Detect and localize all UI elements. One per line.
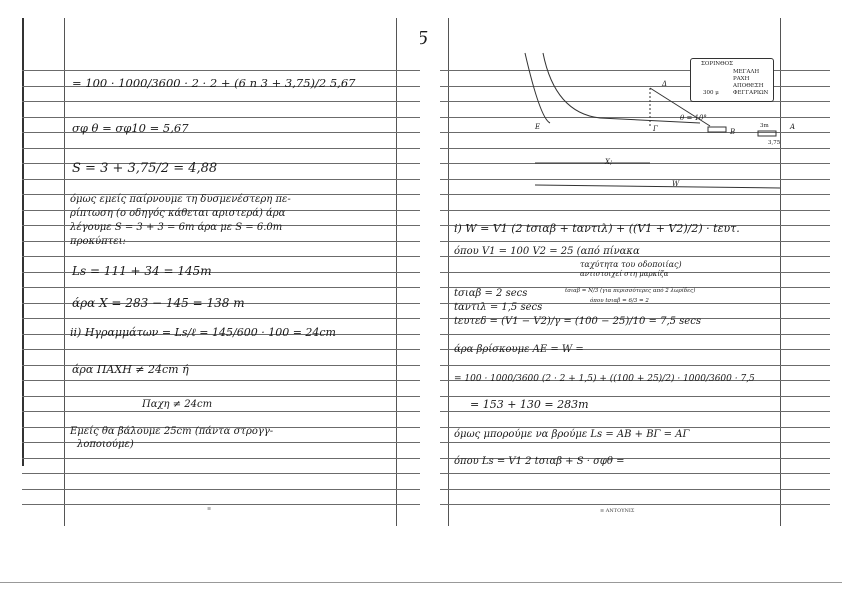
- ruled-line: [22, 148, 420, 149]
- line-13: Εμείς θα βάλουμε 25cm (πάντα στρογγ-: [70, 426, 273, 437]
- r-line-4: αντιστοιχεί στη μαρκίζα: [580, 270, 669, 278]
- line-11: άρα ΠΑΧΗ ≠ 24cm ή: [72, 363, 189, 376]
- ruled-line: [22, 318, 420, 319]
- ruled-line: [440, 334, 830, 335]
- ruled-line: [440, 489, 830, 490]
- ruled-line: [22, 504, 420, 505]
- ruled-line: [22, 458, 420, 459]
- ruled-line: [22, 287, 420, 288]
- label-b: B: [730, 128, 735, 136]
- label-3m: 3m: [760, 123, 769, 129]
- left-footer: ≡: [207, 506, 211, 512]
- legend-line-4: ΦΕΓΓΑΡΙΩΝ: [733, 90, 768, 96]
- line-12: Παχη ≠ 24cm: [142, 399, 212, 410]
- ruled-line: [22, 70, 420, 71]
- ruled-line: [22, 380, 420, 381]
- ruled-line: [440, 365, 830, 366]
- ruled-line: [440, 396, 830, 397]
- line-4: όμως εμείς παίρνουμε τη δυσμενέστερη πε-: [70, 194, 291, 205]
- ruled-line: [440, 411, 830, 412]
- label-gamma: Γ: [653, 125, 658, 133]
- ruled-line: [22, 396, 420, 397]
- right-notebook-page: E Δ Γ θ = 10° B A 3m 3,75 X; W ΣΟΡΙΝΘΟΣ …: [440, 18, 830, 526]
- line-9: άρα X = 283 − 145 = 138 m: [72, 296, 245, 310]
- ruled-line: [22, 349, 420, 350]
- label-delta: Δ: [662, 80, 667, 88]
- line-5: ρίπτωση (ο οδηγός κάθεται αριστερά) άρα: [70, 208, 285, 219]
- r-line-3: ταχύτητα του οδοποιίας): [580, 260, 682, 269]
- ruled-line: [22, 256, 420, 257]
- ruled-line: [440, 442, 830, 443]
- legend-value: 300 μ: [703, 90, 719, 96]
- legend-line-2: ΡΑΧΗ: [733, 76, 749, 82]
- ruled-line: [22, 473, 420, 474]
- r-line-9: tευτεδ = (V1 − V2)/γ = (100 − 25)/10 = 7…: [454, 316, 701, 327]
- line-8: Ls = 111 + 34 = 145m: [72, 264, 212, 278]
- r-line-10: άρα βρίσκουμε AE = W =: [454, 344, 584, 355]
- ruled-line: [440, 427, 830, 428]
- r-line-7: όπου tσιαβ = 6/3 = 2: [590, 298, 649, 304]
- line-14: λοποιούμε): [77, 439, 134, 450]
- line-1: = 100 · 1000/3600 · 2 · 2 + (6 n 3 + 3,7…: [72, 76, 355, 90]
- left-notebook-page: = 100 · 1000/3600 · 2 · 2 + (6 n 3 + 3,7…: [22, 18, 420, 526]
- label-375: 3,75: [768, 140, 780, 146]
- line-10: ii) Hγραμμάτων = Ls/ℓ = 145/600 · 100 = …: [70, 326, 336, 339]
- ruled-line: [440, 504, 830, 505]
- ruled-line: [22, 489, 420, 490]
- legend-line-3: ΑΠΟΘΕΣΗ: [733, 83, 764, 89]
- road-diagram: [440, 18, 830, 218]
- r-line-5: tσιαβ = 2 secs: [454, 288, 527, 299]
- ruled-line: [22, 179, 420, 180]
- r-line-2: όπου V1 = 100 V2 = 25 (από πίνακα: [454, 246, 640, 257]
- legend-box: ΣΟΡΙΝΘΟΣ ΜΕΓΑΛΗ ΡΑΧΗ ΑΠΟΘΕΣΗ ΦΕΓΓΑΡΙΩΝ 3…: [690, 58, 774, 102]
- r-line-11: = 100 · 1000/3600 (2 · 2 + 1,5) + ((100 …: [454, 374, 755, 384]
- label-theta: θ = 10°: [680, 114, 707, 122]
- label-a: A: [790, 123, 795, 131]
- r-line-13: όμως μπορούμε να βρούμε Ls = AB + BΓ = A…: [454, 429, 689, 440]
- ruled-line: [440, 241, 830, 242]
- legend-title: ΣΟΡΙΝΘΟΣ: [701, 61, 733, 67]
- r-line-6: tσιαβ = N/3 (για περισσότερες από 2 λωρί…: [565, 288, 695, 294]
- ruled-line: [22, 411, 420, 412]
- label-x: X;: [605, 158, 612, 166]
- label-w: W: [672, 180, 679, 188]
- r-line-12: = 153 + 130 = 283m: [470, 398, 589, 411]
- line-6: λέγουμε S = 3 + 3 = 6m άρα με S = 6.0m: [70, 222, 282, 233]
- legend-line-1: ΜΕΓΑΛΗ: [733, 69, 759, 75]
- line-7: προκύπτει:: [70, 236, 126, 247]
- line-3: S = 3 + 3,75/2 = 4,88: [72, 161, 217, 176]
- line-2: σφ θ = σφ10 = 5,67: [72, 121, 189, 135]
- page-bottom-edge: [0, 582, 842, 583]
- r-line-14: όπου Ls = V1 2 tσιαβ + S · σφθ =: [454, 456, 625, 467]
- right-footer: ≡ ΑΝΤΟΥΝΙΣ: [600, 508, 634, 514]
- r-line-1: i) W = V1 (2 tσιαβ + tαντιλ) + ((V1 + V2…: [454, 222, 740, 235]
- ruled-line: [440, 473, 830, 474]
- ruled-line: [22, 117, 420, 118]
- label-e: E: [535, 123, 540, 131]
- r-line-8: tαντιλ = 1,5 secs: [454, 302, 542, 313]
- ruled-line: [22, 101, 420, 102]
